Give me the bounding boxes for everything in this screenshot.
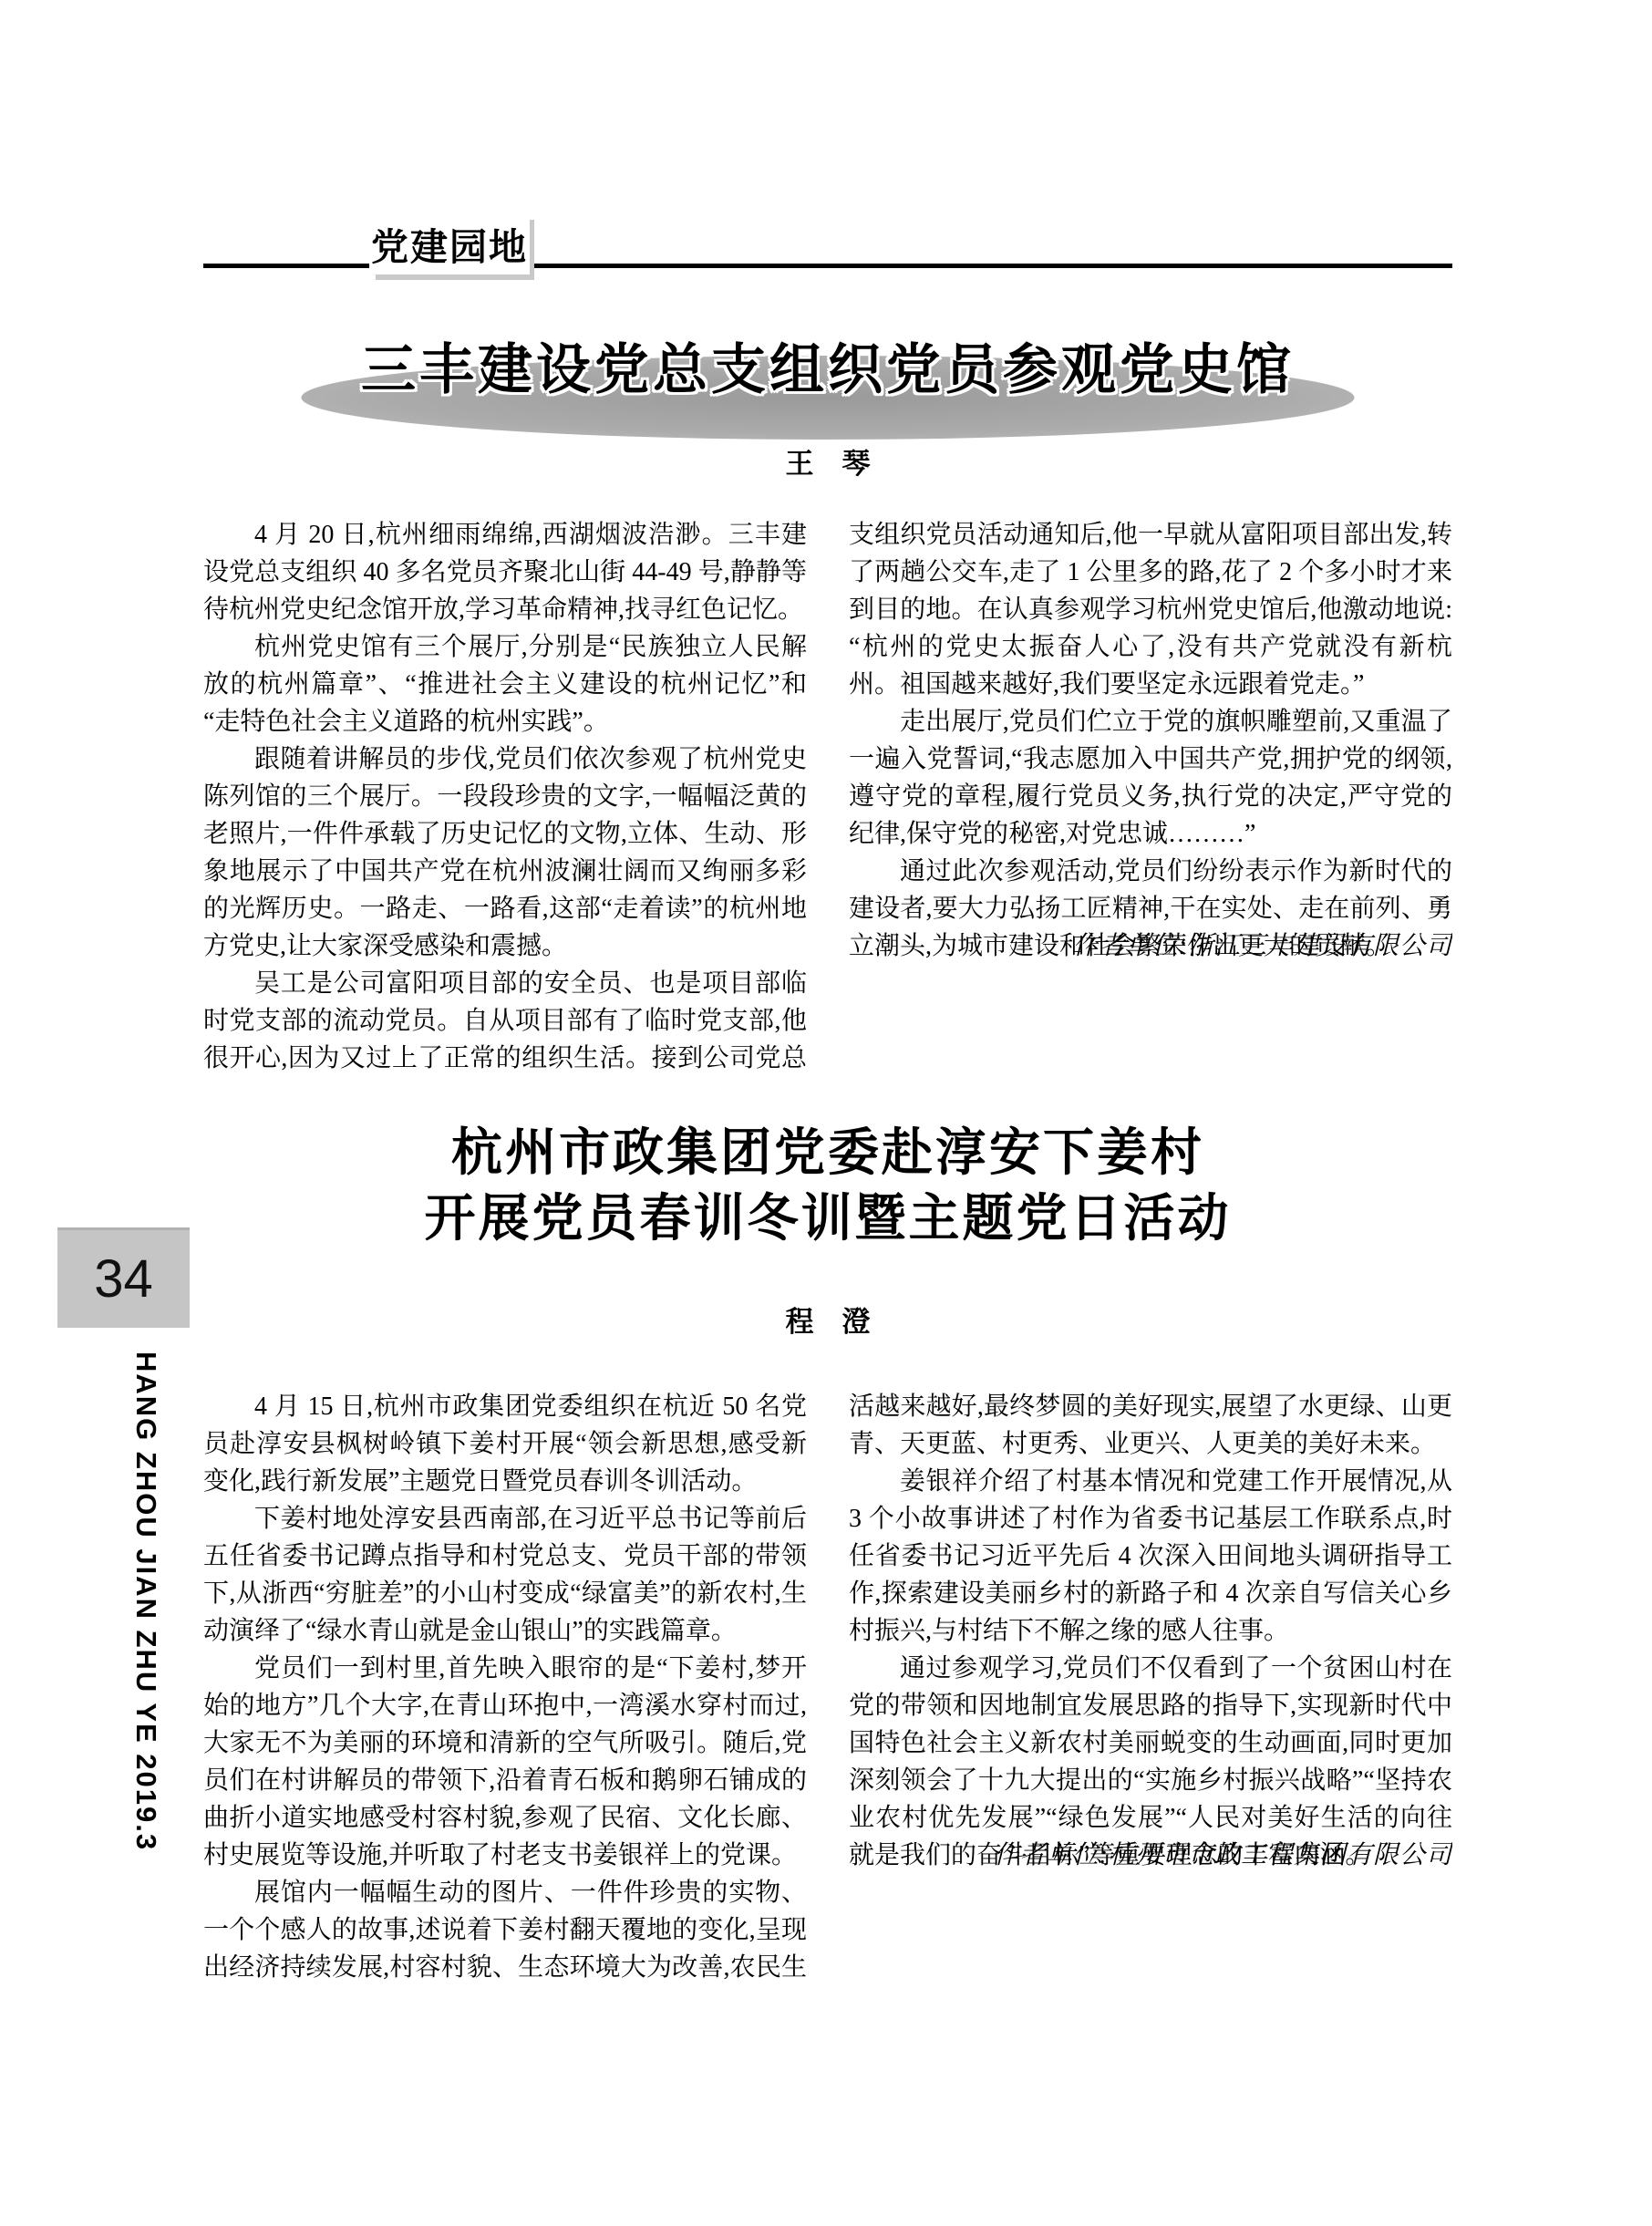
paragraph: 党员们一到村里,首先映入眼帘的是“下姜村,梦开始的地方”几个大字,在青山环抱中,… — [203, 1650, 807, 1874]
article2-title-line2: 开展党员春训冬训暨主题党日活动 — [203, 1185, 1452, 1251]
article1-title-block: 三丰建设党总支组织党员参观党史馆 — [203, 326, 1452, 431]
page-number-box: 34 — [57, 1227, 190, 1328]
paragraph: 跟随着讲解员的步伐,党员们依次参观了杭州党史陈列馆的三个展厅。一段段珍贵的文字,… — [203, 740, 807, 965]
paragraph: 走出展厅,党员们伫立于党的旗帜雕塑前,又重温了一遍入党誓词,“我志愿加入中国共产… — [849, 703, 1452, 853]
paragraph: 杭州党史馆有三个展厅,分别是“民族独立人民解放的杭州篇章”、“推进社会主义建设的… — [203, 628, 807, 740]
paragraph: 4 月 15 日,杭州市政集团党委组织在杭近 50 名党员赴淳安县枫树岭镇下姜村… — [203, 1388, 807, 1500]
section-label-box: 党建园地 — [369, 212, 530, 274]
article1-body: 4 月 20 日,杭州细雨绵绵,西湖烟波浩渺。三丰建设党总支组织 40 多名党员… — [203, 516, 1452, 1082]
article2-author-unit: 作者单位:杭州市市政工程集团有限公司 — [994, 1841, 1452, 1869]
article2-title-line1: 杭州市政集团党委赴淳安下姜村 — [203, 1120, 1452, 1185]
article1-author-unit: 作者单位:浙江三丰建设有限公司 — [1073, 932, 1452, 960]
article1-title: 三丰建设党总支组织党员参观党史馆 — [203, 326, 1452, 414]
section-label: 党建园地 — [371, 217, 528, 271]
article2-author: 程 澄 — [203, 1299, 1452, 1340]
journal-name-vertical: HANG ZHOU JIAN ZHU YE 2019.3 — [129, 1351, 162, 1851]
paragraph: 4 月 20 日,杭州细雨绵绵,西湖烟波浩渺。三丰建设党总支组织 40 多名党员… — [203, 516, 807, 628]
article2-title-block: 杭州市政集团党委赴淳安下姜村 开展党员春训冬训暨主题党日活动 — [203, 1120, 1452, 1251]
article2-body: 4 月 15 日,杭州市政集团党委组织在杭近 50 名党员赴淳安县枫树岭镇下姜村… — [203, 1388, 1452, 2028]
page-number: 34 — [94, 1248, 153, 1310]
paragraph: 下姜村地处淳安县西南部,在习近平总书记等前后五任省委书记蹲点指导和村党总支、党员… — [203, 1500, 807, 1650]
article1-author: 王 琴 — [203, 440, 1452, 481]
paragraph: 姜银祥介绍了村基本情况和党建工作开展情况,从 3 个小故事讲述了村作为省委书记基… — [849, 1463, 1452, 1650]
